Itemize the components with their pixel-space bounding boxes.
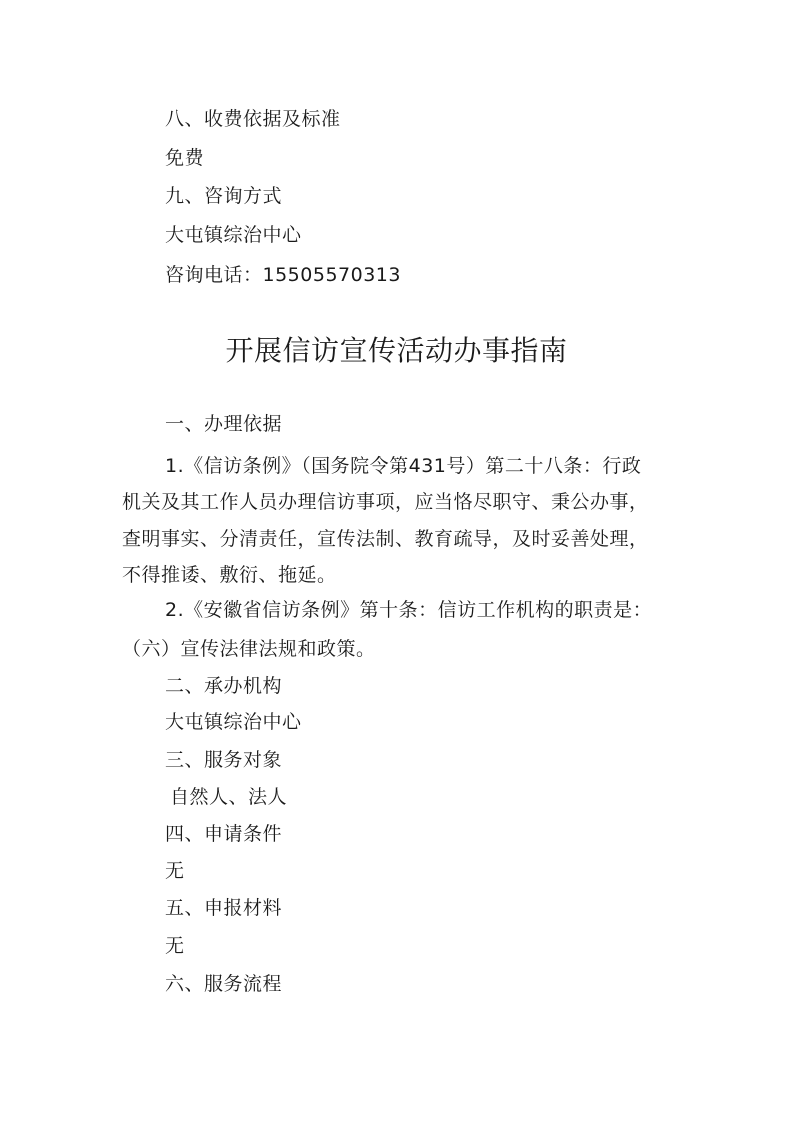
target-heading: 三、服务对象: [165, 748, 282, 772]
basis-heading: 一、办理依据: [165, 412, 282, 436]
basis-2-line-1: 2.《安徽省信访条例》第十条：信访工作机构的职责是：: [165, 598, 652, 622]
basis-1-line-2: 机关及其工作人员办理信访事项，应当恪尽职守、秉公办事，: [122, 490, 649, 514]
guide-title: 开展信访宣传活动办事指南: [0, 333, 793, 369]
consult-heading: 九、咨询方式: [165, 184, 282, 208]
org-heading: 二、承办机构: [165, 674, 282, 698]
org-value: 大屯镇综治中心: [165, 710, 302, 734]
fee-heading: 八、收费依据及标准: [165, 107, 341, 131]
basis-2-line-2: （六）宣传法律法规和政策。: [122, 637, 376, 661]
materials-heading: 五、申报材料: [165, 896, 282, 920]
materials-value: 无: [165, 934, 185, 958]
consult-phone: 咨询电话：15505570313: [165, 263, 401, 287]
target-value: 自然人、法人: [170, 785, 287, 809]
basis-1-line-3: 查明事实、分清责任，宣传法制、教育疏导，及时妥善处理，: [122, 527, 649, 551]
basis-1-line-1: 1.《信访条例》（国务院令第431号）第二十八条：行政: [165, 454, 641, 478]
fee-value: 免费: [165, 146, 204, 170]
condition-value: 无: [165, 859, 185, 883]
process-heading: 六、服务流程: [165, 972, 282, 996]
basis-1-line-4: 不得推诿、敷衍、拖延。: [122, 563, 337, 587]
condition-heading: 四、申请条件: [165, 822, 282, 846]
consult-org: 大屯镇综治中心: [165, 223, 302, 247]
